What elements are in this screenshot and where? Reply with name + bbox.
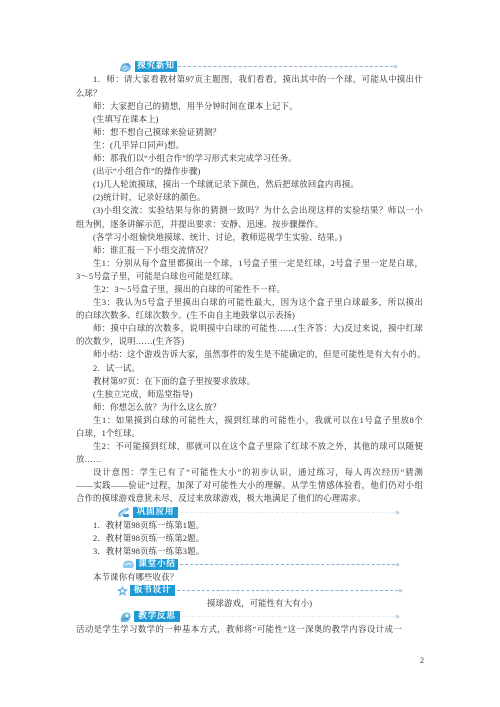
paragraph-line: (3)小组交流：实验结果与你的猜测一致吗？为什么会出现这样的实验结果？师以一小: [76, 204, 423, 217]
paragraph-line: (1)几人轮流摸球，摸出一个球就记录下颜色，然后把球放回盒内再摸。: [76, 178, 423, 191]
paragraph-line: (2)统计时，记录好球的颜色。: [76, 191, 423, 204]
section-heading-label: 课堂小结: [136, 559, 178, 570]
paragraph-line: 合作的摸球游戏意犹未尽，反过来放球游戏，极大地满足了他们的心理需求。: [76, 492, 423, 505]
summary-decoration-icon: [122, 558, 135, 570]
board-design-text: 摸球游戏，可能性有大有小): [76, 597, 423, 610]
heading-dashed-rule: [177, 590, 398, 591]
paragraph-line: (生填写在课本上): [76, 113, 423, 126]
paragraph-line: 放……: [76, 453, 423, 466]
exercise-item: 3．教材第98页练一练第3题。: [76, 545, 423, 558]
reflection-decoration-icon: [119, 611, 132, 623]
paragraph-line: (出示“小组合作”的操作步骤): [76, 165, 423, 178]
explore-decoration-icon: [119, 61, 132, 73]
heading-dashed-rule: [180, 564, 395, 565]
double-chevron-right-icon: »: [393, 60, 398, 73]
consolidate-decoration-icon: [117, 506, 130, 518]
paragraph-line: 师：想不想自己摸球来验证猜测？: [76, 126, 423, 139]
paragraph-line: 师：摸中白球的次数多，说明摸中白球的可能性……(生齐答：大)反过来说，摸中红球: [76, 322, 423, 335]
paragraph-line: ——实践——验证”过程，加深了对可能性大小的理解。从学生情感体验看，他们仍对小组: [76, 479, 423, 492]
paragraph-line: 生：(几乎异口同声)想。: [76, 139, 423, 152]
section-heading-summary: 课堂小结 »: [76, 558, 423, 571]
double-chevron-right-icon: »: [395, 610, 400, 623]
paragraph-line: 师：你想怎么放？为什么这么放？: [76, 401, 423, 414]
paragraph-line: 教材第97页：在下面的盒子里按要求放球。: [76, 375, 423, 388]
paragraph-line: 的次数少，说明……(生齐答): [76, 335, 423, 348]
exercise-item: 1．教材第98页练一练第1题。: [76, 519, 423, 532]
paragraph-line: 师小结：这个游戏告诉大家，虽然事件的发生是不能确定的，但是可能性是有大有小的。: [76, 348, 423, 361]
paragraph-line: 组为例，逐条讲解示范，并提出要求：安静、迅速、按步骤操作。: [76, 218, 423, 231]
paragraph-line: 生1：如果摸到白球的可能性大，摸到红球的可能性小，我就可以在1号盒子里放8个: [76, 414, 423, 427]
paragraph-line: 的白球次数多、红球次数少。(生不由自主地鼓掌以示表扬): [76, 309, 423, 322]
paragraph-line: 3～5号盒子里，可能是白球也可能是红球。: [76, 270, 423, 283]
paragraph-line: 师：那我们以“小组合作”的学习形式来完成学习任务。: [76, 152, 423, 165]
section-heading-consolidate: 巩固应用 »: [76, 506, 423, 519]
section-heading-label: 教学反思: [134, 611, 180, 622]
board-design-decoration-icon: [116, 585, 129, 597]
paragraph-line: (生独立完成，师巡堂指导): [76, 388, 423, 401]
paragraph-line: 设计意图：学生已有了“可能性大小”的初步认识，通过练习，每人再次经历“猜测: [76, 466, 423, 479]
paragraph-line: 师：谁汇报一下小组交流情况？: [76, 244, 423, 257]
double-chevron-right-icon: »: [398, 584, 403, 597]
heading-dashed-rule: [178, 66, 393, 67]
section-heading-label: 探究新知: [135, 61, 177, 72]
paragraph-line: 生1：分别从每个盒里都摸出一个球，1号盒子里一定是红球，2号盒子里一定是白球，: [76, 257, 423, 270]
paragraph-line: 1．师：请大家看教材第97页主题图，我们看看，摸出其中的一个球，可能从中摸出什: [76, 73, 423, 86]
heading-dashed-rule: [180, 512, 395, 513]
paragraph-line: 白球，1个红球。: [76, 427, 423, 440]
exercise-item: 2．教材第98页练一练第2题。: [76, 532, 423, 545]
paragraph-line: 生2：不可能摸到红球，那就可以在这个盒子里除了红球不放之外，其他的球可以随便: [76, 440, 423, 453]
document-body: 探究新知 » 1．师：请大家看教材第97页主题图，我们看看，摸出其中的一个球，可…: [76, 60, 423, 636]
paragraph-line: 生2：3～5号盒子里，摸出的白球的可能性不一样。: [76, 283, 423, 296]
section-heading-reflection: 教学反思 »: [76, 610, 423, 623]
paragraph-line: 么球？: [76, 87, 423, 100]
double-chevron-right-icon: »: [395, 558, 400, 571]
section-heading-board-design: 板书设计 »: [76, 584, 423, 597]
paragraph-line: 活动是学生学习数学的一种基本方式，教师将“可能性”这一深奥的教学内容设计成一: [76, 623, 402, 636]
section-heading-label: 板书设计: [130, 585, 175, 596]
paragraph-line: 师：大家把自己的猜想，用半分钟时间在课本上记下。: [76, 100, 423, 113]
paragraph-line: 2．试一试。: [76, 362, 423, 375]
paragraph-line: 本节课你有哪些收获？: [76, 571, 423, 584]
heading-dashed-rule: [182, 616, 395, 617]
double-chevron-right-icon: »: [395, 506, 400, 519]
paragraph-line: 生3：我认为5号盒子里摸出白球的可能性最大，因为这个盒子里白球最多，所以摸出: [76, 296, 423, 309]
page-number: 2: [420, 655, 424, 667]
paragraph-line: (各学习小组愉快地摸球、统计、讨论，教师巡视学生实验、结果。): [76, 231, 423, 244]
section-heading-explore: 探究新知 »: [76, 60, 423, 73]
section-heading-label: 巩固应用: [133, 507, 178, 518]
